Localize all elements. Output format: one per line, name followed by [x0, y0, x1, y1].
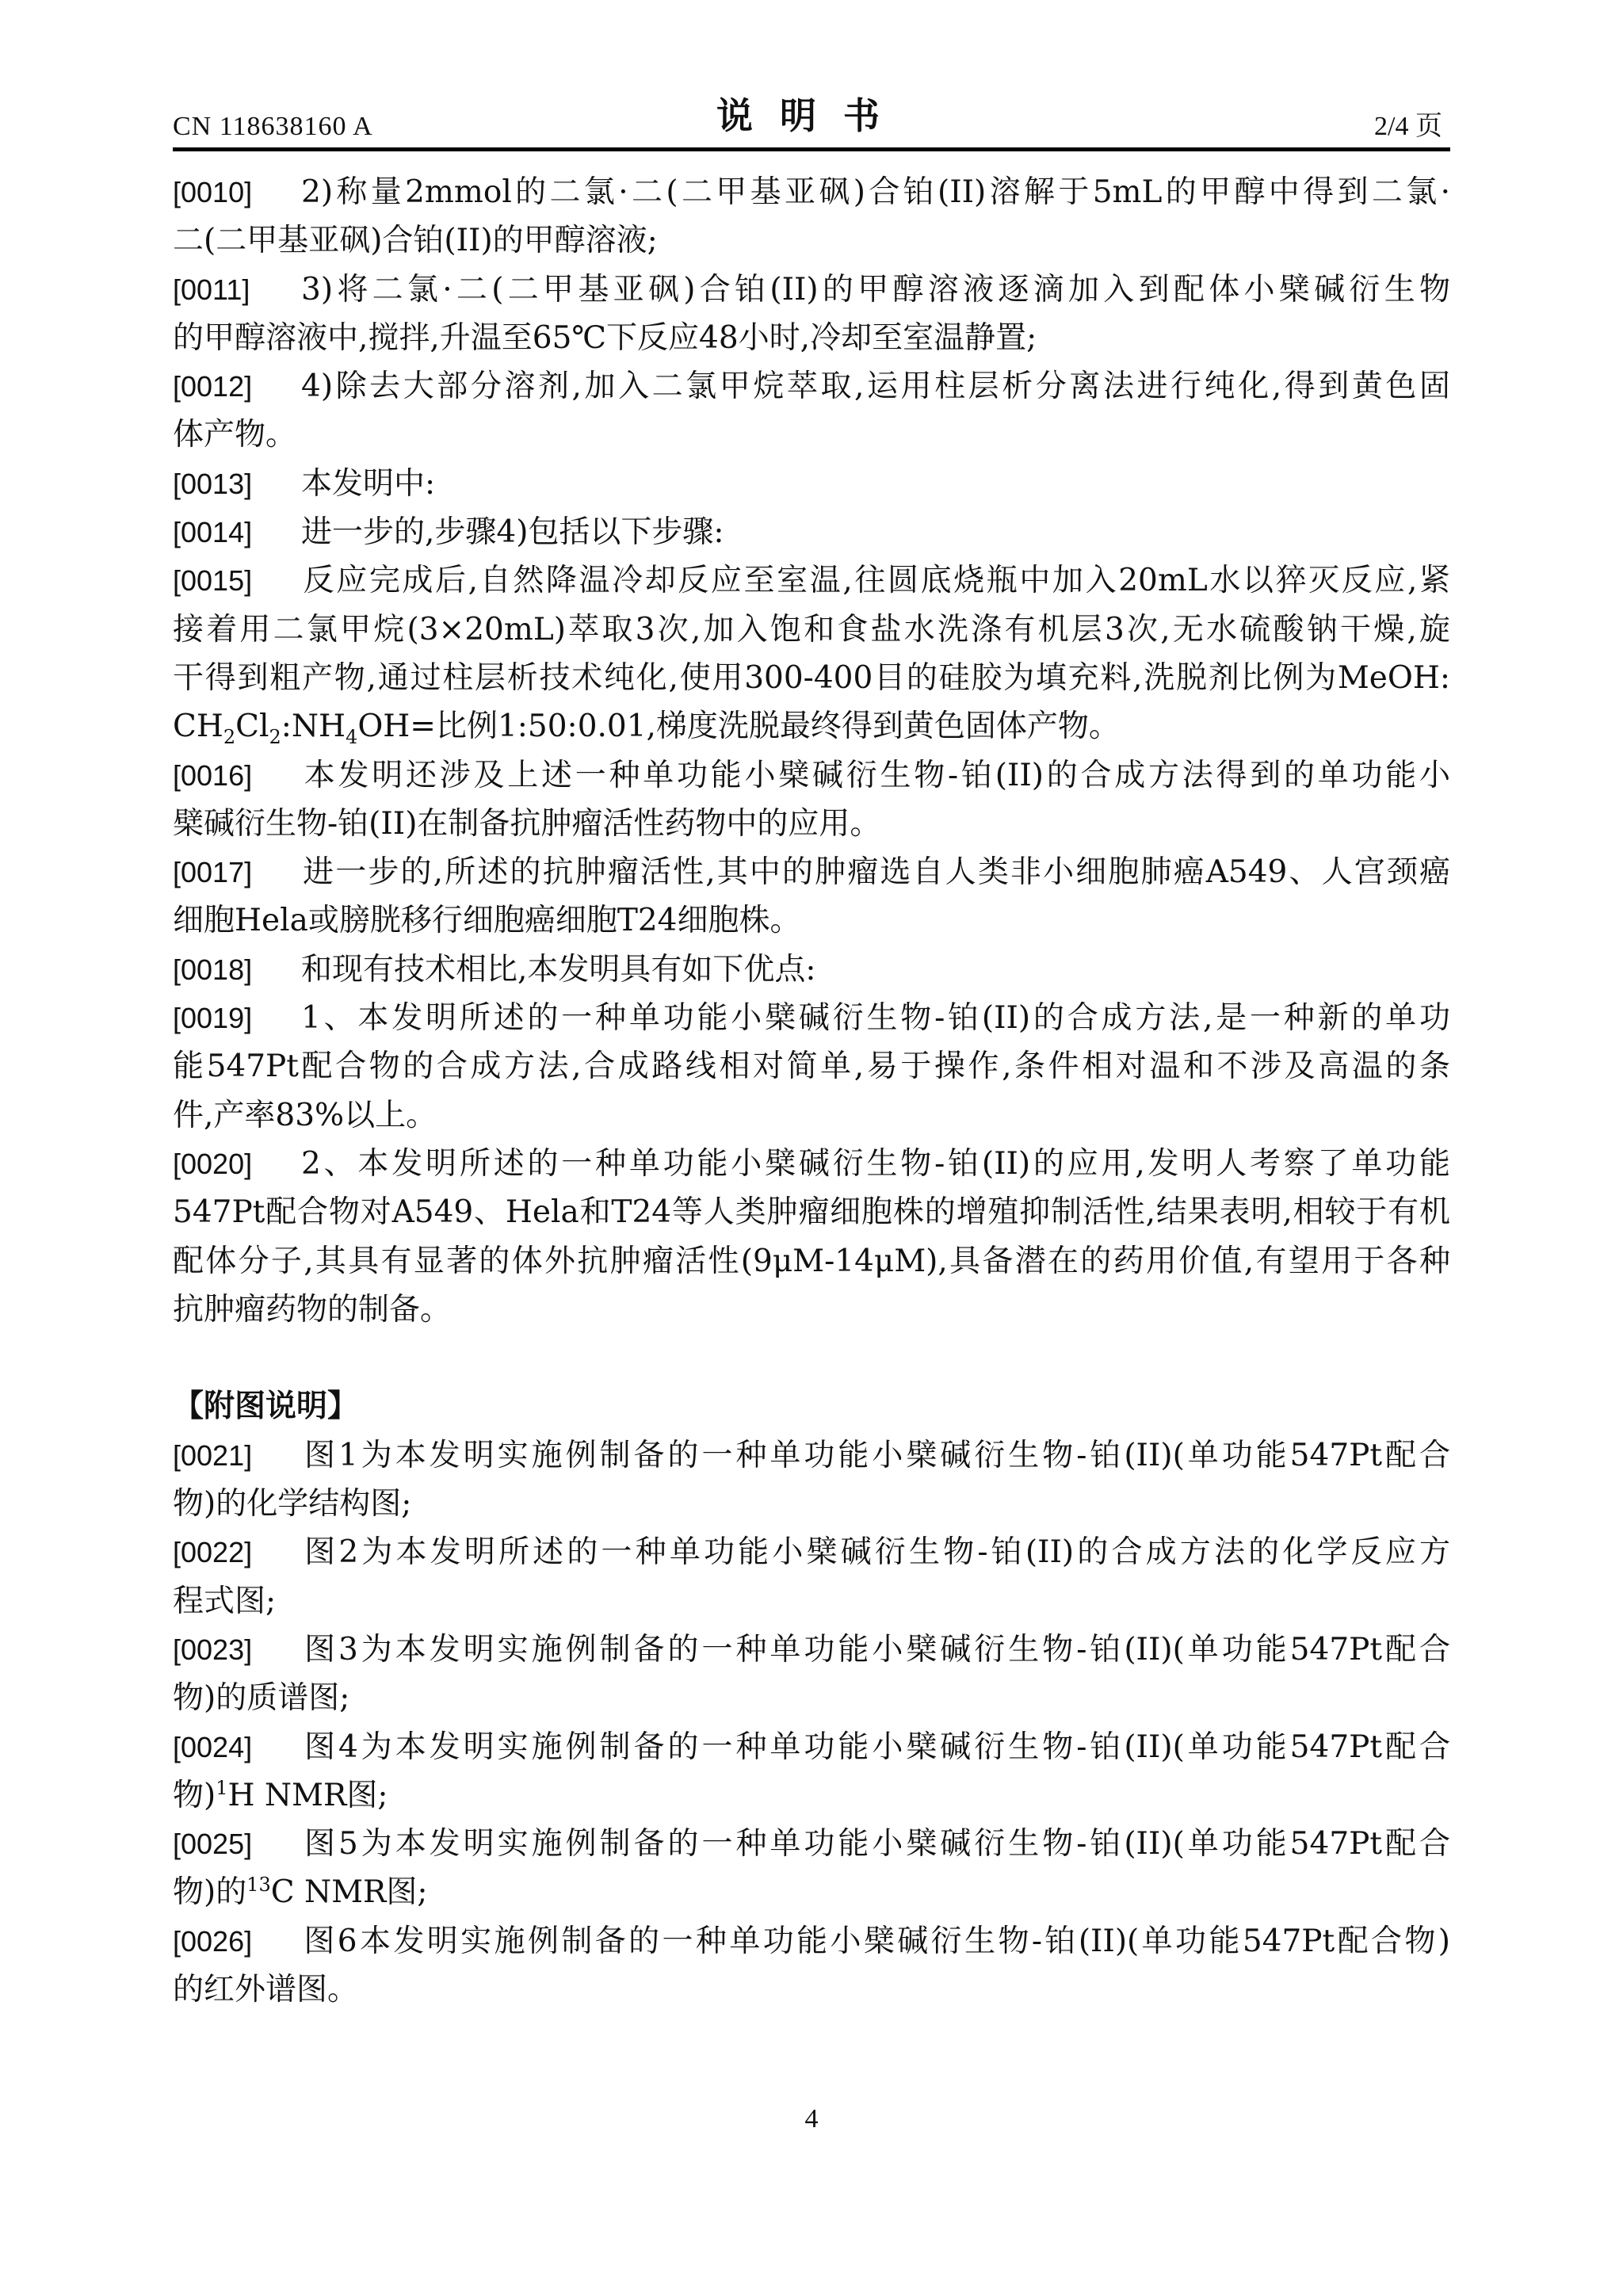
subscript: 2: [269, 726, 281, 748]
paragraph-number: [0014]: [173, 508, 301, 556]
formula-cl: Cl: [235, 709, 269, 744]
header-rule: [173, 147, 1450, 151]
paragraph-number: [0021]: [173, 1431, 301, 1480]
spacer: [173, 1334, 1450, 1382]
paragraph-line: 物)的质谱图;: [173, 1674, 1450, 1722]
paragraph-0025: [0025]图5为本发明实施例制备的一种单功能小檗碱衍生物-铂(II)(单功能5…: [173, 1820, 1450, 1868]
paragraph-number: [0013]: [173, 460, 301, 508]
paragraph-text: 2)称量2mmol的二氯·二(二甲基亚砜)合铂(II)溶解于5mL的甲醇中得到二…: [301, 174, 1450, 210]
paragraph-number: [0022]: [173, 1528, 301, 1576]
paragraph-number: [0010]: [173, 168, 301, 216]
paragraph-line: 物)1H NMR图;: [173, 1771, 1450, 1820]
paragraph-line: 能547Pt配合物的合成方法,合成路线相对简单,易于操作,条件相对温和不涉及高温…: [173, 1042, 1450, 1091]
paragraph-line: 接着用二氯甲烷(3×20mL)萃取3次,加入饱和食盐水洗涤有机层3次,无水硫酸钠…: [173, 606, 1450, 654]
page-indicator: 2/4 页: [1374, 109, 1442, 144]
paragraph-text: 和现有技术相比,本发明具有如下优点:: [301, 952, 816, 988]
paragraph-0014: [0014]进一步的,步骤4)包括以下步骤:: [173, 508, 1450, 556]
paragraph-number: [0018]: [173, 946, 301, 994]
paragraph-text: 本发明还涉及上述一种单功能小檗碱衍生物-铂(II)的合成方法得到的单功能小: [301, 758, 1450, 793]
paragraph-0011: [0011]3)将二氯·二(二甲基亚砜)合铂(II)的甲醇溶液逐滴加入到配体小檗…: [173, 266, 1450, 314]
page-number: 4: [0, 2104, 1623, 2134]
paragraph-0016: [0016]本发明还涉及上述一种单功能小檗碱衍生物-铂(II)的合成方法得到的单…: [173, 751, 1450, 800]
paragraph-0015: [0015]反应完成后,自然降温冷却反应至室温,往圆底烧瓶中加入20mL水以猝灭…: [173, 556, 1450, 605]
paragraph-number: [0016]: [173, 751, 301, 800]
superscript: 1: [216, 1777, 227, 1799]
formula-ch: CH: [173, 709, 223, 744]
paragraph-number: [0017]: [173, 848, 301, 896]
paragraph-number: [0020]: [173, 1140, 301, 1188]
paragraph-text: 进一步的,步骤4)包括以下步骤:: [301, 514, 724, 550]
paragraph-0018: [0018]和现有技术相比,本发明具有如下优点:: [173, 946, 1450, 994]
paragraph-text: 图1为本发明实施例制备的一种单功能小檗碱衍生物-铂(II)(单功能547Pt配合: [301, 1438, 1450, 1473]
text: 物): [173, 1778, 216, 1813]
paragraph-text: 图6本发明实施例制备的一种单功能小檗碱衍生物-铂(II)(单功能547Pt配合物…: [301, 1924, 1450, 1959]
paragraph-line: 物)的化学结构图;: [173, 1480, 1450, 1528]
paragraph-line: 件,产率83%以上。: [173, 1091, 1450, 1140]
paragraph-0023: [0023]图3为本发明实施例制备的一种单功能小檗碱衍生物-铂(II)(单功能5…: [173, 1626, 1450, 1674]
paragraph-number: [0025]: [173, 1820, 301, 1868]
superscript: 13: [246, 1874, 271, 1896]
paragraph-0024: [0024]图4为本发明实施例制备的一种单功能小檗碱衍生物-铂(II)(单功能5…: [173, 1723, 1450, 1771]
paragraph-text: 4)除去大部分溶剂,加入二氯甲烷萃取,运用柱层析分离法进行纯化,得到黄色固: [301, 369, 1450, 404]
paragraph-line: 抗肿瘤药物的制备。: [173, 1286, 1450, 1334]
paragraph-text: 图2为本发明所述的一种单功能小檗碱衍生物-铂(II)的合成方法的化学反应方: [301, 1534, 1450, 1570]
document-body: [0010]2)称量2mmol的二氯·二(二甲基亚砜)合铂(II)溶解于5mL的…: [173, 168, 1450, 2014]
paragraph-text: 1、本发明所述的一种单功能小檗碱衍生物-铂(II)的合成方法,是一种新的单功: [301, 1000, 1450, 1036]
paragraph-text: 图3为本发明实施例制备的一种单功能小檗碱衍生物-铂(II)(单功能547Pt配合: [301, 1632, 1450, 1668]
paragraph-0022: [0022]图2为本发明所述的一种单功能小檗碱衍生物-铂(II)的合成方法的化学…: [173, 1528, 1450, 1576]
paragraph-0017: [0017]进一步的,所述的抗肿瘤活性,其中的肿瘤选自人类非小细胞肺癌A549、…: [173, 848, 1450, 896]
paragraph-line: 体产物。: [173, 411, 1450, 459]
paragraph-text: 2、本发明所述的一种单功能小檗碱衍生物-铂(II)的应用,发明人考察了单功能: [301, 1146, 1450, 1182]
formula-rest: OH=比例1:50:0.01,梯度洗脱最终得到黄色固体产物。: [357, 709, 1120, 744]
paragraph-line: 配体分子,其具有显著的体外抗肿瘤活性(9μM-14μM),具备潜在的药用价值,有…: [173, 1237, 1450, 1286]
paragraph-line: 547Pt配合物对A549、Hela和T24等人类肿瘤细胞株的增殖抑制活性,结果…: [173, 1188, 1450, 1236]
text: H NMR图;: [228, 1778, 388, 1813]
paragraph-line: 细胞Hela或膀胱移行细胞癌细胞T24细胞株。: [173, 896, 1450, 945]
paragraph-0026: [0026]图6本发明实施例制备的一种单功能小檗碱衍生物-铂(II)(单功能54…: [173, 1917, 1450, 1966]
paragraph-number: [0026]: [173, 1917, 301, 1966]
paragraph-text: 图5为本发明实施例制备的一种单功能小檗碱衍生物-铂(II)(单功能547Pt配合: [301, 1826, 1450, 1862]
subscript: 2: [223, 726, 235, 748]
paragraph-0012: [0012]4)除去大部分溶剂,加入二氯甲烷萃取,运用柱层析分离法进行纯化,得到…: [173, 362, 1450, 411]
paragraph-text: 进一步的,所述的抗肿瘤活性,其中的肿瘤选自人类非小细胞肺癌A549、人宫颈癌: [301, 854, 1450, 890]
text: 物)的: [173, 1874, 246, 1910]
paragraph-line: 二(二甲基亚砜)合铂(II)的甲醇溶液;: [173, 216, 1450, 265]
section-heading-figures: 【附图说明】: [173, 1382, 1450, 1431]
formula-nh: :NH: [281, 709, 346, 744]
paragraph-number: [0019]: [173, 994, 301, 1042]
paragraph-number: [0011]: [173, 266, 301, 314]
paragraph-line: 的红外谱图。: [173, 1966, 1450, 2014]
paragraph-0010: [0010]2)称量2mmol的二氯·二(二甲基亚砜)合铂(II)溶解于5mL的…: [173, 168, 1450, 216]
paragraph-text: 图4为本发明实施例制备的一种单功能小檗碱衍生物-铂(II)(单功能547Pt配合: [301, 1729, 1450, 1765]
text: C NMR图;: [271, 1874, 428, 1910]
paragraph-0021: [0021]图1为本发明实施例制备的一种单功能小檗碱衍生物-铂(II)(单功能5…: [173, 1431, 1450, 1480]
paragraph-line: 物)的13C NMR图;: [173, 1868, 1450, 1916]
paragraph-0020: [0020]2、本发明所述的一种单功能小檗碱衍生物-铂(II)的应用,发明人考察…: [173, 1140, 1450, 1188]
paragraph-line: 檗碱衍生物-铂(II)在制备抗肿瘤活性药物中的应用。: [173, 800, 1450, 848]
paragraph-text: 本发明中:: [301, 466, 435, 502]
paragraph-line: 干得到粗产物,通过柱层析技术纯化,使用300-400目的硅胶为填充料,洗脱剂比例…: [173, 654, 1450, 702]
paragraph-number: [0023]: [173, 1626, 301, 1674]
paragraph-number: [0012]: [173, 362, 301, 411]
paragraph-0013: [0013]本发明中:: [173, 460, 1450, 508]
paragraph-number: [0015]: [173, 556, 301, 605]
paragraph-text: 反应完成后,自然降温冷却反应至室温,往圆底烧瓶中加入20mL水以猝灭反应,紧: [301, 563, 1450, 598]
formula-line: CH2Cl2:NH4OH=比例1:50:0.01,梯度洗脱最终得到黄色固体产物。: [173, 702, 1450, 751]
paragraph-line: 的甲醇溶液中,搅拌,升温至65℃下反应48小时,冷却至室温静置;: [173, 314, 1450, 362]
paragraph-line: 程式图;: [173, 1577, 1450, 1626]
paragraph-text: 3)将二氯·二(二甲基亚砜)合铂(II)的甲醇溶液逐滴加入到配体小檗碱衍生物: [301, 272, 1450, 308]
subscript: 4: [346, 726, 357, 748]
paragraph-number: [0024]: [173, 1723, 301, 1771]
paragraph-0019: [0019]1、本发明所述的一种单功能小檗碱衍生物-铂(II)的合成方法,是一种…: [173, 994, 1450, 1042]
